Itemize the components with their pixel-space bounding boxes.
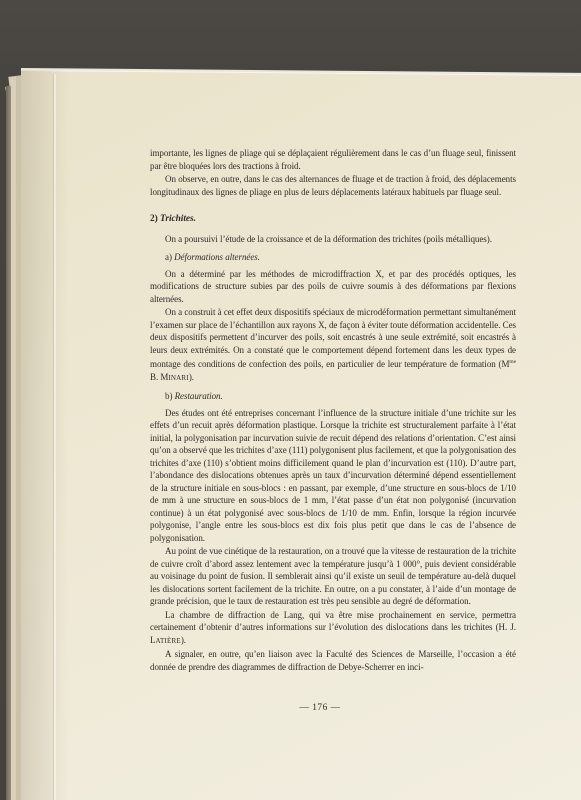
paragraph: Au point de vue cinétique de la restaura… (150, 545, 516, 608)
paragraph: importante, les lignes de pliage qui se … (150, 147, 516, 172)
page-text: importante, les lignes de pliage qui se … (150, 146, 516, 673)
scanned-book-photo: { "document": { "page_number": "— 176 —"… (0, 0, 581, 800)
paragraph: La chambre de diffraction de Lang, qui v… (150, 609, 516, 648)
paragraph: On observe, en outre, dans le cas des al… (150, 173, 516, 198)
page-number: — 176 — (150, 703, 490, 713)
subheading: b) Restauration. (150, 390, 516, 403)
heading: 2) Trichites. (150, 213, 516, 226)
paragraph: On a déterminé par les méthodes de micro… (150, 268, 516, 306)
paragraph: A signaler, en outre, qu’en liaison avec… (150, 648, 516, 673)
paragraph: On a poursuivi l’étude de la croissance … (150, 233, 516, 246)
subheading: a) Déformations alternées. (150, 251, 516, 264)
paragraph: On a construit à cet effet deux disposit… (150, 306, 516, 384)
paragraph: Des études ont été entreprises concernan… (150, 407, 516, 545)
